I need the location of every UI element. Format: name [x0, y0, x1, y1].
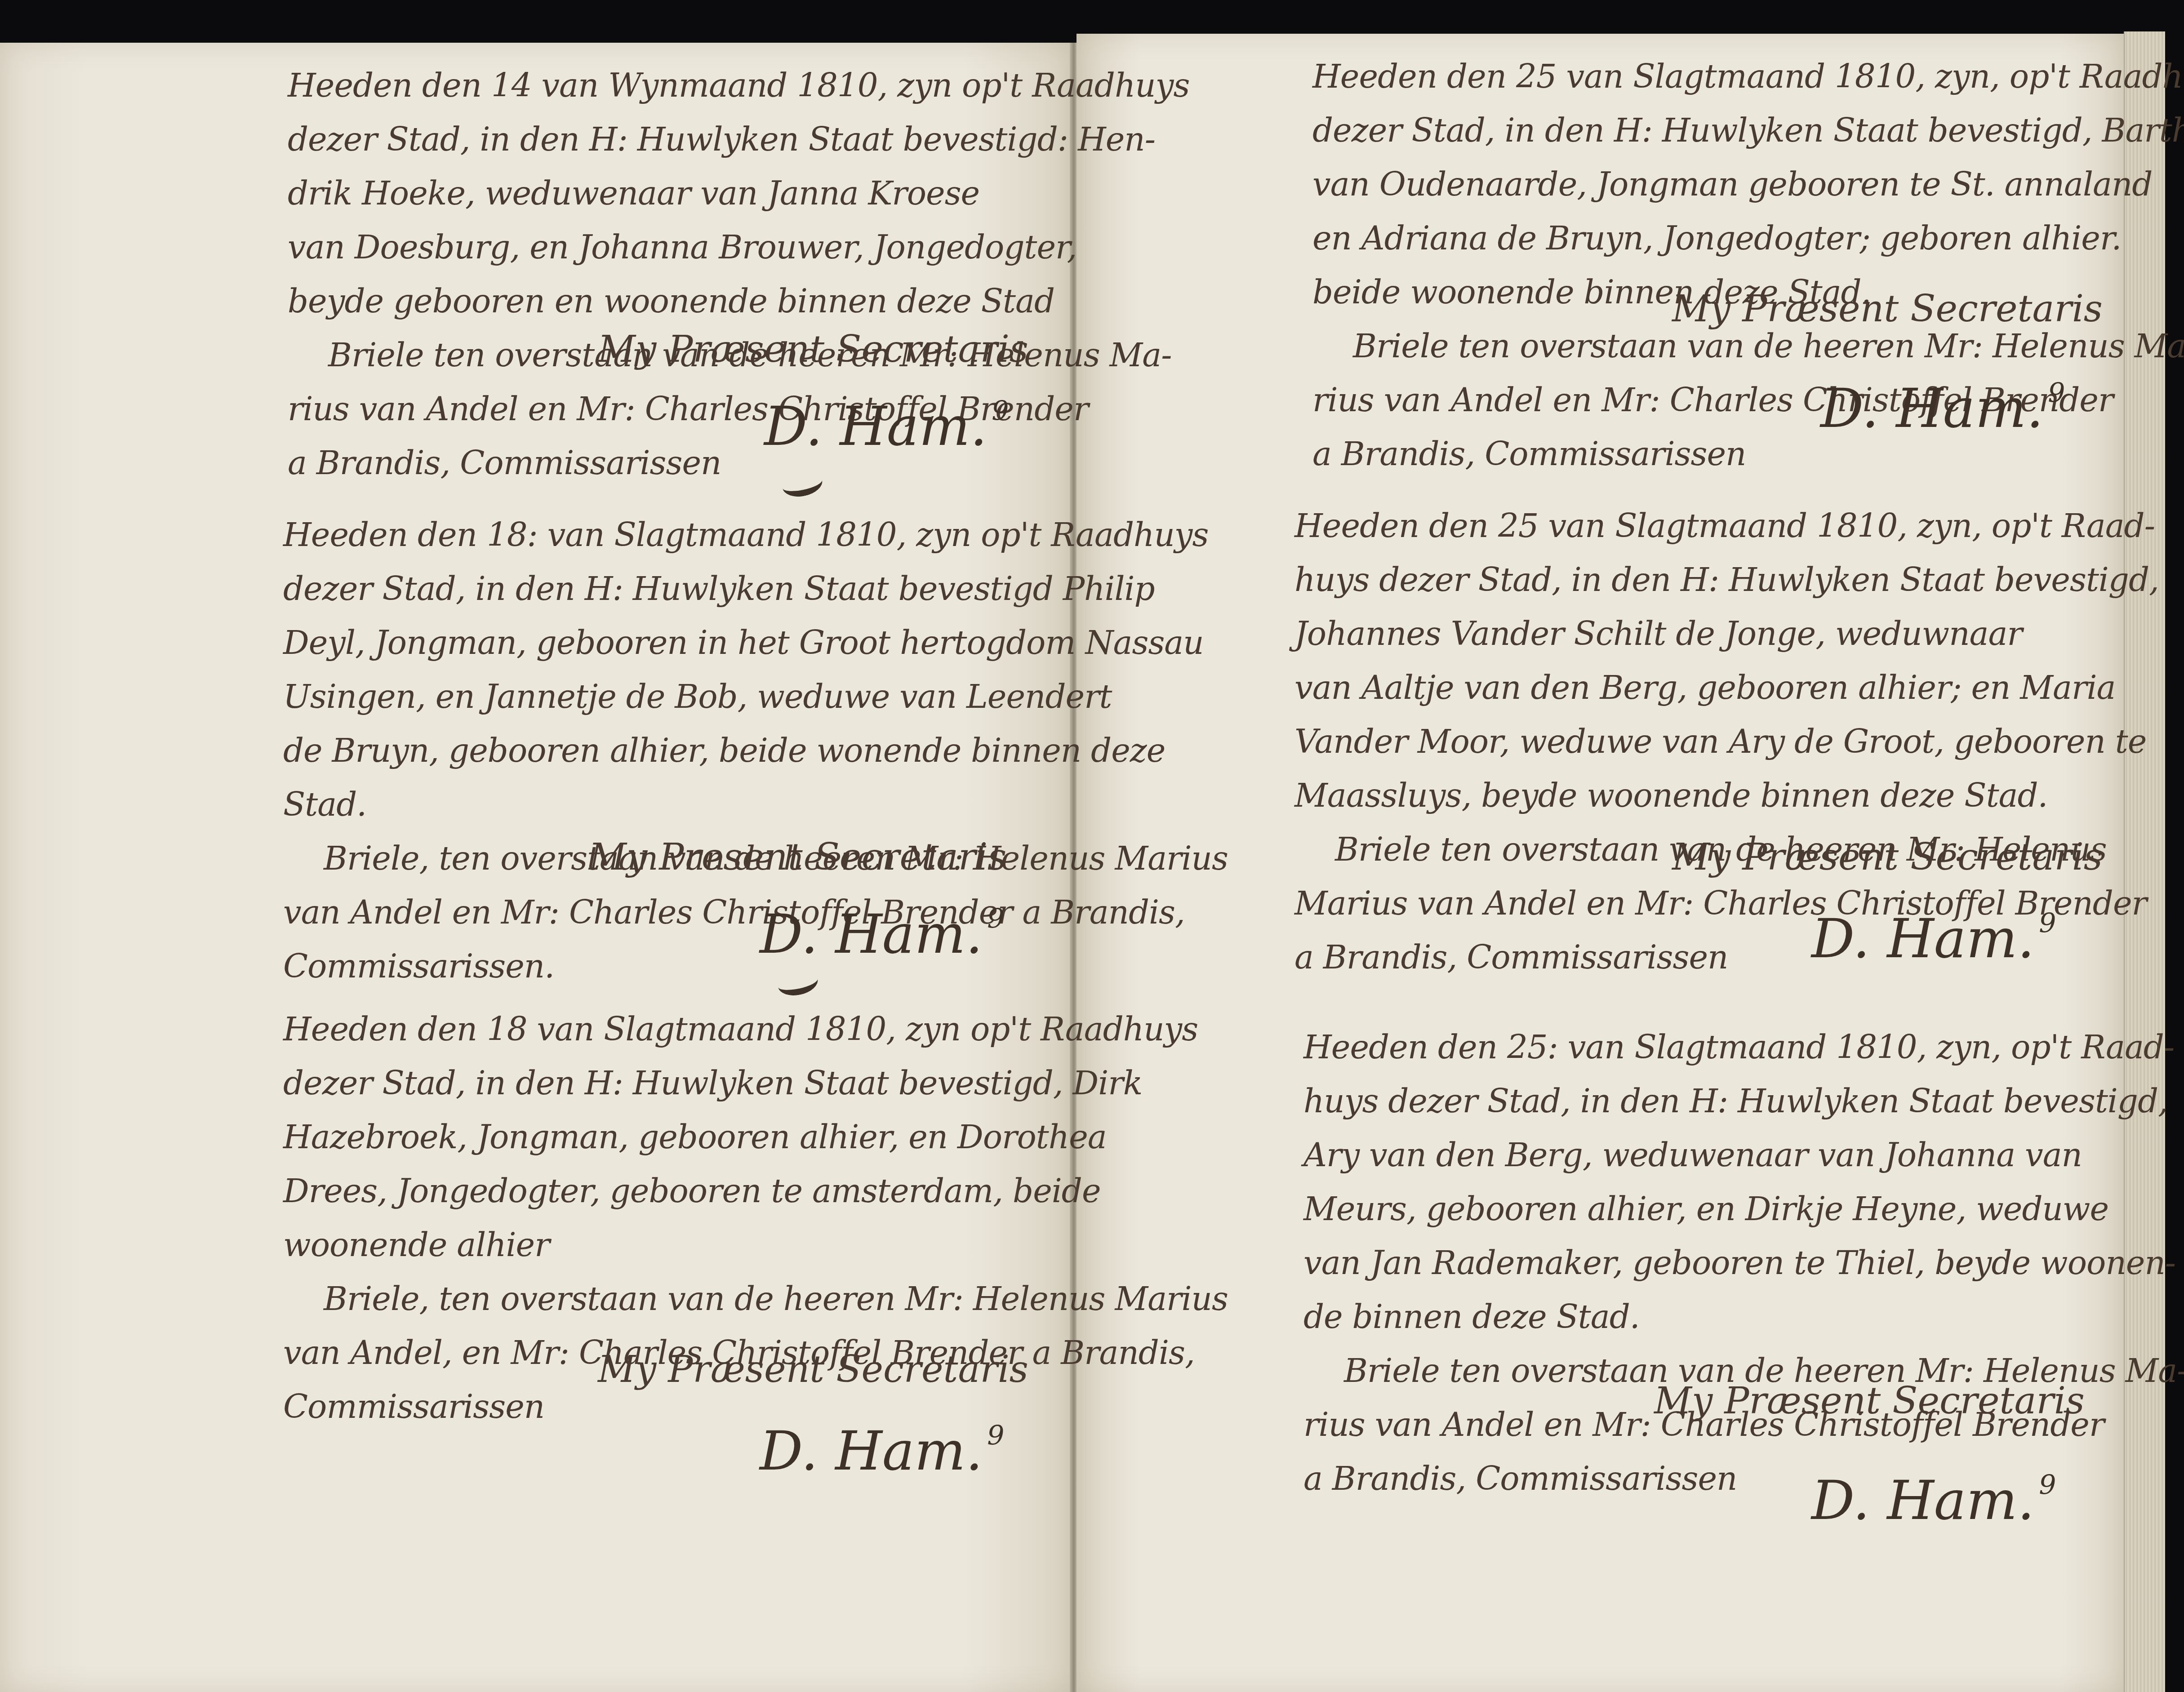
entry-line: dezer Stad, in den H: Huwlyken Staat bev… [283, 562, 1228, 616]
secretary-paraph: D. Ham.9 [1811, 1470, 2056, 1532]
entry-line: Hazebroek, Jongman, gebooren alhier, en … [283, 1110, 1228, 1164]
entry-line: van Oudenaarde, Jongman gebooren te St. … [1312, 157, 2184, 211]
entry-line: van Doesburg, en Johanna Brouwer, Jonged… [288, 220, 1189, 274]
paraph-mark: 9 [2039, 1470, 2056, 1501]
entry-line: de binnen deze Stad. [1303, 1290, 2184, 1344]
secretary-attestation: My Præsent Secretaris [1672, 836, 2103, 879]
entry-line: huys dezer Stad, in den H: Huwlyken Staa… [1294, 553, 2159, 607]
entry-line: huys dezer Stad, in den H: Huwlyken Staa… [1303, 1074, 2184, 1128]
secretary-paraph: D. Ham.9 [760, 1420, 1005, 1483]
paraph-mark: 9 [992, 395, 1009, 427]
entry-line: Ary van den Berg, weduwenaar van Johanna… [1303, 1128, 2184, 1182]
entry-line: Usingen, en Jannetje de Bob, weduwe van … [283, 670, 1228, 724]
paraph-signature: D. Ham. [760, 903, 983, 966]
entry-line: Heeden den 25 van Slagtmaand 1810, zyn, … [1312, 49, 2184, 103]
entry-line: Maassluys, beyde woonende binnen deze St… [1294, 768, 2159, 822]
paraph-mark: 9 [2048, 377, 2065, 409]
entry-line: beyde gebooren en woonende binnen deze S… [288, 274, 1189, 328]
marriage-entry: Heeden den 25: van Slagtmaand 1810, zyn,… [1303, 1020, 2184, 1505]
secretary-attestation: My Præsent Secretaris [1654, 1380, 2085, 1422]
entry-line: drik Hoeke, weduwenaar van Janna Kroese [288, 166, 1189, 220]
paraph-mark: 9 [2039, 908, 2056, 939]
paraph-mark: 9 [987, 903, 1004, 935]
entry-line: a Brandis, Commissarissen [288, 436, 1189, 490]
secretary-attestation: My Præsent Secretaris [598, 328, 1028, 371]
paraph-signature: D. Ham. [1820, 377, 2043, 440]
entry-line: dezer Stad, in den H: Huwlyken Staat bev… [283, 1056, 1228, 1110]
entry-line: Heeden den 25: van Slagtmaand 1810, zyn,… [1303, 1020, 2184, 1074]
paraph-signature: D. Ham. [764, 395, 987, 458]
secretary-attestation: My Præsent Secretaris [598, 1348, 1028, 1391]
entry-line: Heeden den 18: van Slagtmaand 1810, zyn … [283, 508, 1228, 562]
paraph-signature: D. Ham. [1811, 908, 2034, 970]
secretary-paraph: D. Ham.9 [764, 395, 1009, 458]
paraph-mark: 9 [987, 1420, 1004, 1452]
paraph-signature: D. Ham. [1811, 1470, 2034, 1532]
entry-line: en Adriana de Bruyn, Jongedogter; gebore… [1312, 211, 2184, 265]
entry-line: woonende alhier [283, 1218, 1228, 1272]
open-register-book: Heeden den 14 van Wynmaand 1810, zyn op'… [0, 0, 2184, 1692]
entry-line: Drees, Jongedogter, gebooren te amsterda… [283, 1164, 1228, 1218]
entry-line: rius van Andel en Mr: Charles Christoffe… [288, 382, 1189, 436]
marriage-entry: Heeden den 18: van Slagtmaand 1810, zyn … [283, 508, 1228, 993]
entry-line: Briele, ten overstaan van de heeren Mr: … [283, 1272, 1228, 1326]
entry-line: Johannes Vander Schilt de Jonge, weduwna… [1294, 607, 2159, 661]
paraph-signature: D. Ham. [760, 1420, 983, 1483]
marriage-entry: Heeden den 14 van Wynmaand 1810, zyn op'… [288, 58, 1189, 490]
entry-line: van Jan Rademaker, gebooren te Thiel, be… [1303, 1236, 2184, 1290]
entry-line: van Aaltje van den Berg, gebooren alhier… [1294, 661, 2159, 715]
entry-line: Vander Moor, weduwe van Ary de Groot, ge… [1294, 715, 2159, 768]
entry-line: Heeden den 14 van Wynmaand 1810, zyn op'… [288, 58, 1189, 112]
secretary-attestation: My Present Secretaris [589, 836, 1006, 879]
secretary-paraph: D. Ham.9 [760, 903, 1005, 966]
secretary-paraph: D. Ham.9 [1820, 377, 2065, 440]
entry-line: dezer Stad, in den H: Huwlyken Staat bev… [288, 112, 1189, 166]
entry-line: Meurs, gebooren alhier, en Dirkje Heyne,… [1303, 1182, 2184, 1236]
entry-line: dezer Stad, in den H: Huwlyken Staat bev… [1312, 103, 2184, 157]
secretary-attestation: My Præsent Secretaris [1672, 288, 2103, 330]
entry-line: Stad. [283, 777, 1228, 831]
entry-line: Heeden den 18 van Slagtmaand 1810, zyn o… [283, 1002, 1228, 1056]
entry-line: de Bruyn, gebooren alhier, beide wonende… [283, 724, 1228, 777]
entry-line: Deyl, Jongman, gebooren in het Groot her… [283, 616, 1228, 670]
entry-line: Commissarissen. [283, 939, 1228, 993]
entry-line: van Andel en Mr: Charles Christoffel Bre… [283, 885, 1228, 939]
entry-line: Heeden den 25 van Slagtmaand 1810, zyn, … [1294, 499, 2159, 553]
secretary-paraph: D. Ham.9 [1811, 908, 2056, 970]
